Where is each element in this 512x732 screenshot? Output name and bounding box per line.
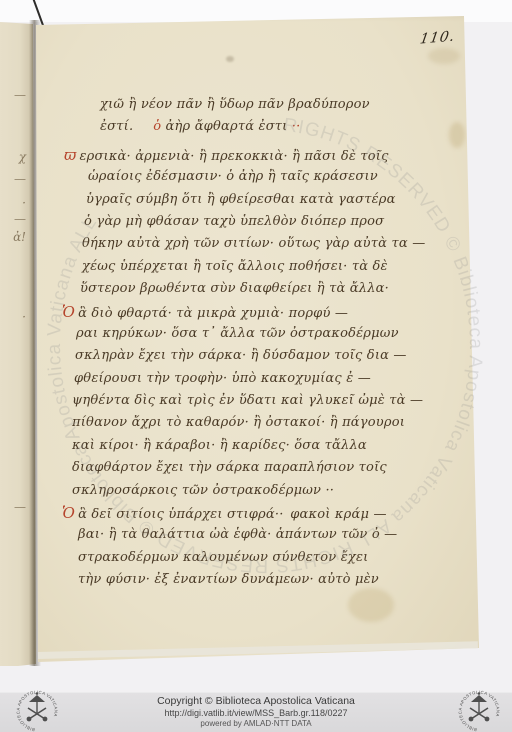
greek-manuscript-text: χιῶ ἢ νέον πᾶν ἢ ὕδωρ πᾶν βραδύπορονἐστί…	[0, 94, 470, 592]
manuscript-line: Ὁἃ διὸ φθαρτά· τὰ μικρὰ χυμιὰ· πορφύ —	[0, 301, 470, 323]
rubricated-initial: ϖ	[64, 146, 76, 164]
manuscript-line: ψηθέντα δὶς καὶ τρὶς ἐν ὕδατι καὶ γλυκεῖ…	[0, 390, 470, 412]
manuscript-line: φθείρουσι τὴν τροφὴν· ὑπὸ κακοχυμίας ἐ —	[0, 368, 470, 390]
copyright-line: Copyright © Biblioteca Apostolica Vatica…	[66, 695, 446, 708]
manuscript-line: Ὁἃ δεῖ σιτίοις ὑπάρχει στιφρά·· φακοὶ κρ…	[0, 502, 470, 524]
vatican-seal-icon: BIBLIOTECA APOSTOLICA VATICANA	[14, 688, 60, 732]
edge-text-fragment: —	[0, 88, 30, 102]
manuscript-line: ὕστερον βρωθέντα σὺν διαφθείρει ἢ τὰ ἄλλ…	[0, 278, 470, 300]
vatican-seal-right: BIBLIOTECA APOSTOLICA VATICANA	[456, 688, 502, 732]
manuscript-line: καὶ κίροι· ἢ κάραβοι· ἢ καρίδες· ὅσα τἄλ…	[0, 435, 470, 457]
manuscript-line: βαι· ἢ τὰ θαλάττια ὠὰ ἑφθὰ· ἁπάντων τῶν …	[0, 524, 470, 546]
manuscript-line: ραι κηρύκων· ὅσα τ᾽ ἄλλα τῶν ὀστρακοδέρμ…	[0, 323, 470, 345]
vatican-seal-left: BIBLIOTECA APOSTOLICA VATICANA	[14, 688, 60, 732]
parchment-stain	[348, 588, 394, 622]
manuscript-line: χιῶ ἢ νέον πᾶν ἢ ὕδωρ πᾶν βραδύπορον	[0, 94, 470, 116]
vatican-seal-icon: BIBLIOTECA APOSTOLICA VATICANA	[456, 688, 502, 732]
manuscript-line: σκληρὰν ἔχει τὴν σάρκα· ἢ δύσδαμον τοῖς …	[0, 345, 470, 367]
rubricated-initial: Ὁ	[62, 303, 75, 321]
edge-text-fragment: —	[0, 500, 30, 514]
manuscript-line: πίθανον ἄχρι τὸ καθαρόν· ἢ ὀστακοί· ἢ πά…	[0, 412, 470, 434]
attribution-bar: Copyright © Biblioteca Apostolica Vatica…	[0, 692, 512, 732]
manuscript-line: ἐστί. ὁ ἀὴρ ἄφθαρτά ἐστι ··	[0, 116, 470, 138]
manuscript-line: διαφθάρτον ἔχει τὴν σάρκα παραπλήσιον το…	[0, 457, 470, 479]
manuscript-line: ϖερσικὰ· ἀρμενιὰ· ἢ πρεκοκκιὰ· ἢ πᾶσι δὲ…	[0, 144, 470, 166]
manuscript-line: σκληροσάρκοις τῶν ὀστρακοδέρμων ··	[0, 480, 470, 502]
folio-number: 110.	[419, 28, 457, 47]
edge-text-fragment: χ	[0, 150, 30, 164]
edge-text-fragment: ἀ!	[0, 230, 30, 244]
manuscript-line: στρακοδέρμων καλουμένων σύνθετον ἔχει	[0, 547, 470, 569]
manuscript-line: τὴν φύσιν· ἐξ ἐναντίων δυνάμεων· αὐτὸ μὲ…	[0, 569, 470, 591]
source-url: http://digi.vatlib.it/view/MSS_Barb.gr.1…	[66, 708, 446, 719]
manuscript-line: ὁ γὰρ μὴ φθάσαν ταχὺ ὑπελθὸν διόπερ προσ	[0, 211, 470, 233]
manuscript-line: χέως ὑπέρχεται ἢ τοῖς ἄλλοις ποθήσει· τὰ…	[0, 256, 470, 278]
manuscript-line: ὡραίοις ἐδέσμασιν· ὁ ἀὴρ ἢ ταῖς κράσεσιν	[0, 166, 470, 188]
ombrellino-icon	[469, 692, 490, 721]
attribution-text: Copyright © Biblioteca Apostolica Vatica…	[66, 695, 446, 729]
edge-text-fragment: ·	[0, 196, 30, 210]
parchment-stain	[428, 48, 460, 64]
parchment-stain	[226, 56, 234, 62]
rubricated-initial: Ὁ	[62, 504, 75, 522]
edge-text-fragment: —	[0, 212, 30, 226]
powered-by-line: powered by AMLAD·NTT DATA	[66, 719, 446, 729]
manuscript-line: ὑγραῖς σύμβη ὅτι ἢ φθείρεσθαι κατὰ γαστέ…	[0, 189, 470, 211]
edge-text-fragment: ·	[0, 310, 30, 324]
manuscript-page: 110. χιῶ ἢ νέον πᾶν ἢ ὕδωρ πᾶν βραδύπορο…	[0, 0, 512, 732]
manuscript-line: θήκην αὐτὰ χρὴ τῶν σιτίων· οὕτως γὰρ αὐτ…	[0, 233, 470, 255]
ombrellino-icon	[27, 692, 48, 721]
edge-text-fragment: —	[0, 172, 30, 186]
